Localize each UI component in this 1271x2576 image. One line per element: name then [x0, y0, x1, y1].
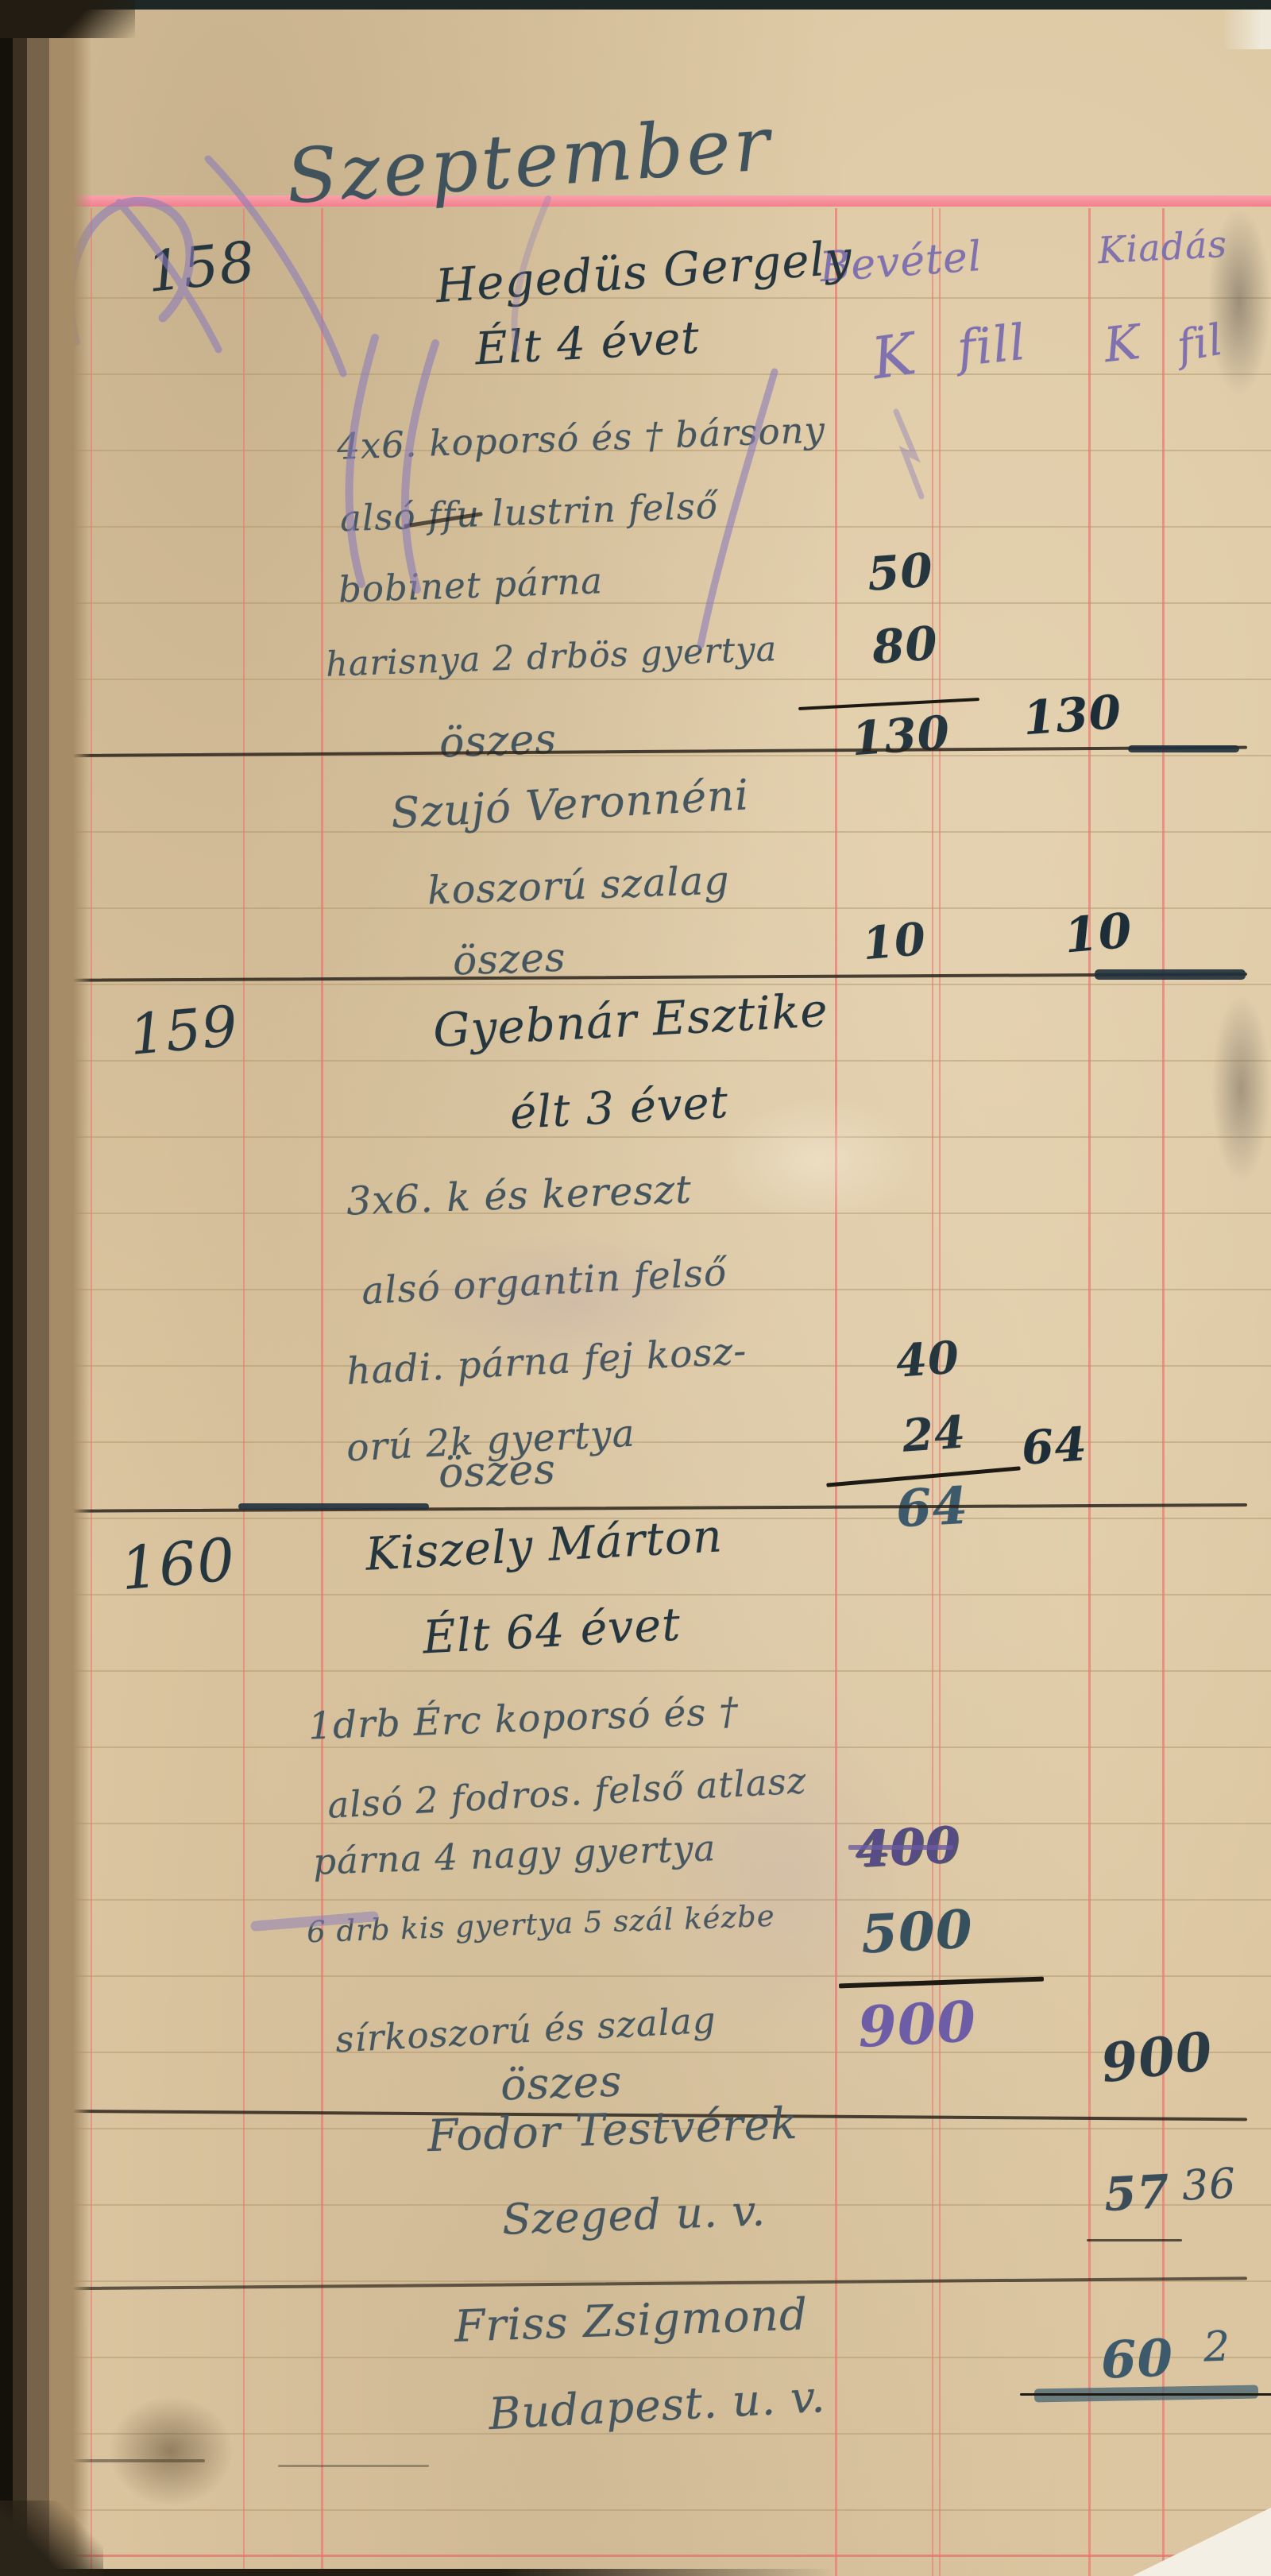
ink-blot: [1095, 969, 1246, 980]
income-total-amount: 10: [860, 913, 928, 971]
total-label: öszes: [438, 715, 558, 767]
expense-amount-filler: 2: [1203, 2323, 1231, 2371]
red-vertical-line: [1162, 208, 1165, 2576]
pencil-line-remnant: [278, 2465, 429, 2467]
red-vertical-line: [835, 208, 837, 2576]
top-right-scan-gap: [1223, 10, 1271, 49]
expense-total-amount: 64: [1020, 1417, 1089, 1476]
overwritten-number-stroke: [848, 1845, 953, 1850]
total-label: öszes: [438, 1445, 557, 1497]
entry-number: 159: [127, 993, 241, 1068]
item-amount: 900: [856, 1988, 978, 2060]
expense-total-amount: 130: [1022, 685, 1124, 745]
ink-blot: [1128, 745, 1239, 752]
income-currency-label: K: [867, 320, 920, 393]
red-vertical-line: [243, 208, 245, 2576]
small-underline: [1087, 2239, 1182, 2241]
top-left-corner-shadow: [0, 0, 135, 38]
item-amount: 40: [894, 1331, 961, 1387]
red-vertical-line: [91, 208, 92, 2576]
red-vertical-line: [1088, 208, 1091, 2576]
page-top-edge: [0, 0, 1271, 10]
pencil-line-remnant: [22, 2459, 205, 2462]
expense-total-amount: 10: [1062, 903, 1134, 964]
supplier-place: Szeged u. v.: [501, 2187, 767, 2245]
bottom-red-rule: [32, 2555, 1271, 2557]
crossed-out-amount-line: [1020, 2393, 1271, 2396]
expense-amount-korona: 57: [1103, 2164, 1171, 2222]
expense-column-header: Kiadás: [1097, 222, 1229, 272]
expense-amount-korona: 60: [1100, 2328, 1175, 2390]
expense-amount-filler: 36: [1180, 2160, 1237, 2210]
ledger-page-scan: Szeptember Bevétel K fill Kiadás K fil 1…: [0, 0, 1271, 2576]
subtotal-amount: 130: [850, 706, 952, 766]
item-amount: 500: [860, 1897, 975, 1965]
ink-blot: [238, 1503, 429, 1510]
entry-number: 160: [118, 1526, 238, 1603]
red-vertical-line: [321, 208, 323, 2576]
entry-number: 158: [144, 229, 258, 305]
item-amount: 24: [901, 1406, 968, 1462]
item-amount: 50: [866, 543, 935, 601]
red-vertical-line: [939, 208, 941, 2576]
pink-header-rule: [32, 195, 1271, 207]
expense-currency-label: K: [1101, 315, 1143, 373]
expense-minor-label: fil: [1173, 314, 1227, 371]
total-label: öszes: [500, 2056, 623, 2110]
item-amount: 80: [871, 616, 940, 675]
income-minor-label: fill: [954, 313, 1029, 378]
